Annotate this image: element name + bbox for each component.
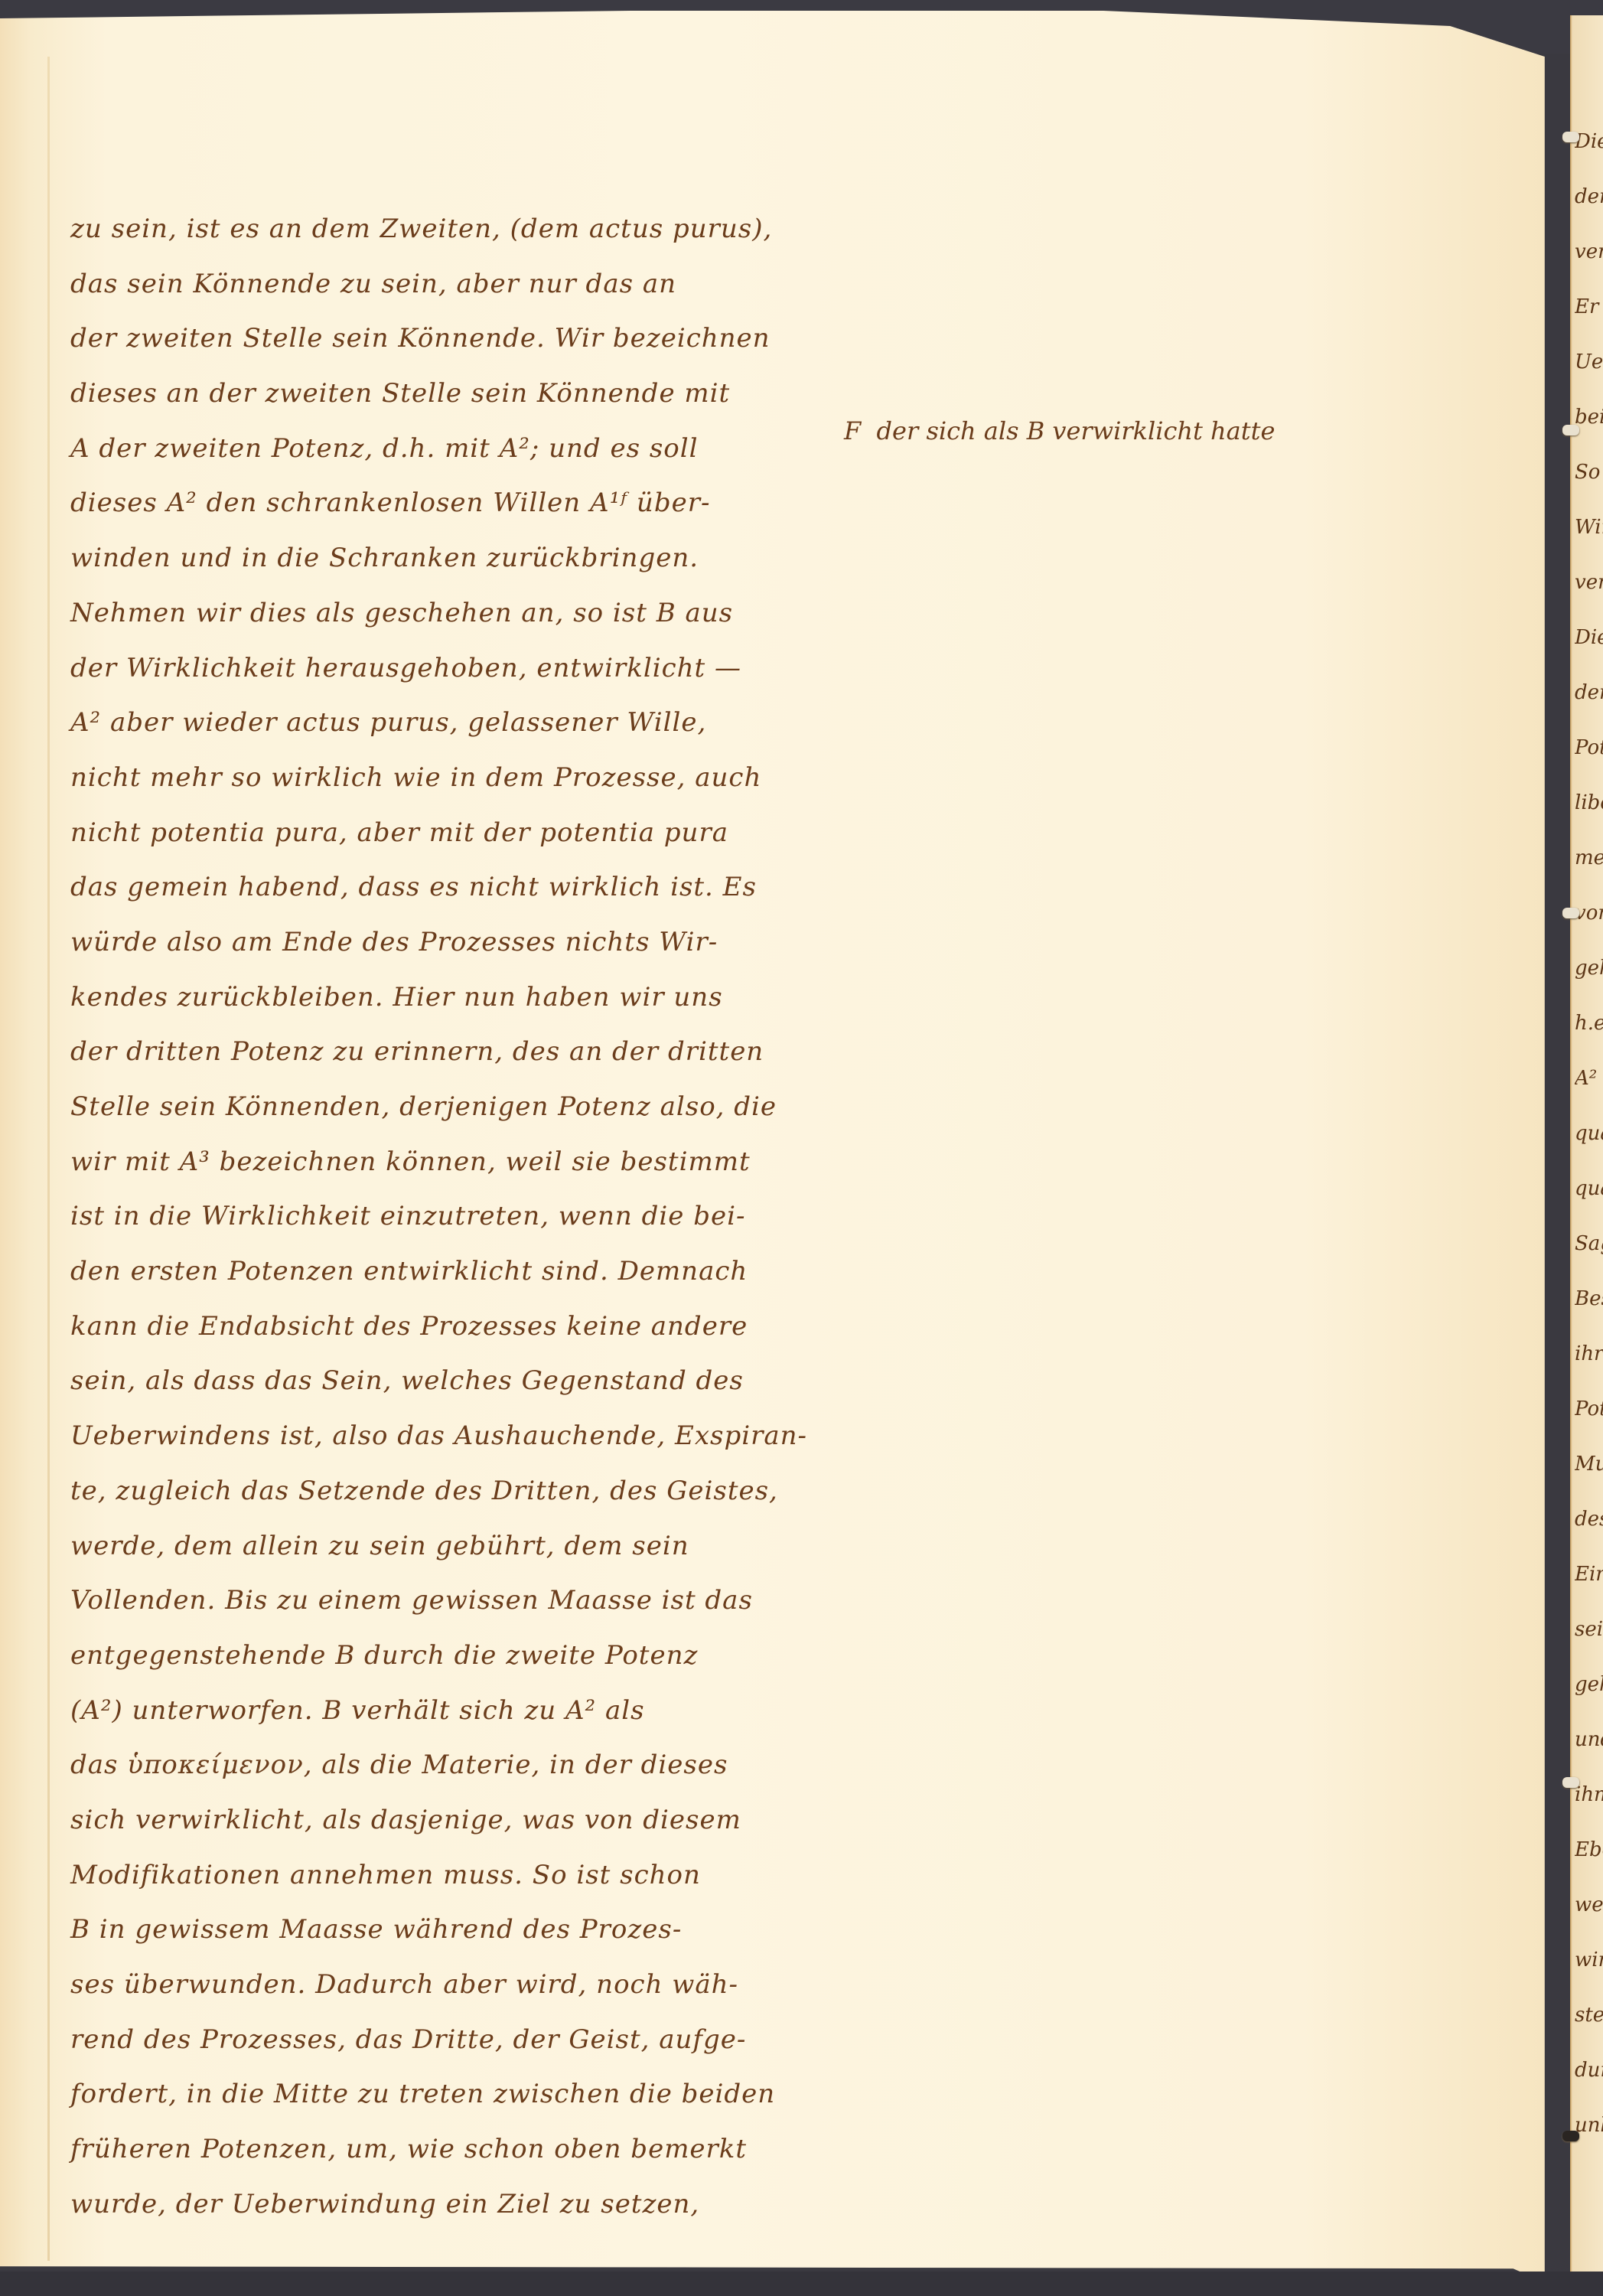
- text-line: der zweiten Stelle sein Könnende. Wir be…: [70, 311, 843, 367]
- text-line: ist in die Wirklichkeit einzutreten, wen…: [70, 1189, 843, 1244]
- binding-stitch: [1562, 1777, 1579, 1788]
- facing-text-fragment: Sagen: [1575, 1232, 1603, 1255]
- text-line: B in gewissem Maasse während des Prozes-: [70, 1903, 843, 1958]
- facing-text-fragment: windung: [1575, 1949, 1603, 1971]
- text-line: der Wirklichkeit herausgehoben, entwirkl…: [70, 641, 843, 696]
- facing-text-fragment: Ueberwi: [1575, 351, 1603, 373]
- facing-text-fragment: Ebenso: [1575, 1838, 1603, 1861]
- text-line: nicht potentia pura, aber mit der potent…: [70, 806, 843, 861]
- text-line: kendes zurückbleiben. Hier nun haben wir…: [70, 970, 843, 1026]
- facing-text-fragment: stehen bl: [1575, 2004, 1603, 2027]
- facing-text-fragment: Einblick: [1575, 1563, 1603, 1586]
- text-line: der dritten Potenz zu erinnern, des an d…: [70, 1025, 843, 1080]
- text-line: würde also am Ende des Prozesses nichts …: [70, 915, 843, 970]
- text-line: zu sein, ist es an dem Zweiten, (dem act…: [70, 202, 843, 257]
- facing-text-fragment: der, s: [1575, 681, 1603, 704]
- facing-text-fragment: Besond: [1575, 1287, 1603, 1310]
- text-line: das gemein habend, dass es nicht wirklic…: [70, 860, 843, 915]
- text-line: Vollenden. Bis zu einem gewissen Maasse …: [70, 1574, 843, 1629]
- facing-text-fragment: dessen: [1575, 1508, 1603, 1531]
- manuscript-page: zu sein, ist es an dem Zweiten, (dem act…: [0, 11, 1576, 2282]
- text-line: nicht mehr so wirklich wie in dem Prozes…: [70, 751, 843, 806]
- facing-text-fragment: Potenz: [1575, 736, 1603, 759]
- text-line: te, zugleich das Setzende des Dritten, d…: [70, 1464, 843, 1519]
- text-line: Ueberwindens ist, also das Aushauchende,…: [70, 1409, 843, 1464]
- facing-text-fragment: gehört,: [1575, 957, 1603, 980]
- main-text-block: zu sein, ist es an dem Zweiten, (dem act…: [70, 202, 843, 2232]
- facing-text-fragment: wenn d: [1575, 1893, 1603, 1916]
- gutter-crease: [47, 57, 50, 2261]
- text-line: früheren Potenzen, um, wie schon oben be…: [70, 2122, 843, 2177]
- text-line: den ersten Potenzen entwirklicht sind. D…: [70, 1244, 843, 1300]
- facing-text-fragment: ihr wa: [1575, 1342, 1603, 1365]
- text-line: Nehmen wir dies als geschehen an, so ist…: [70, 586, 843, 641]
- facing-text-fragment: ihm ein: [1575, 1783, 1603, 1806]
- facing-text-fragment: Potenze: [1575, 1397, 1603, 1420]
- facing-text-fragment: Die d: [1575, 626, 1603, 649]
- facing-text-fragment: den Ge: [1575, 185, 1603, 208]
- binding-stitch: [1562, 425, 1579, 435]
- footnote-marker: F: [844, 416, 861, 445]
- text-line: werde, dem allein zu sein gebührt, dem s…: [70, 1519, 843, 1574]
- facing-text-fragment: Er besch: [1575, 295, 1603, 318]
- marginal-note-text: der sich als B verwirklicht hatte: [877, 416, 1276, 445]
- facing-text-fragment: libera,: [1575, 791, 1603, 814]
- text-line: wir mit A³ bezeichnen können, weil sie b…: [70, 1135, 843, 1190]
- text-line: sich verwirklicht, als dasjenige, was vo…: [70, 1793, 843, 1848]
- text-line: ses überwunden. Dadurch aber wird, noch …: [70, 1958, 843, 2013]
- marginal-note: F der sich als B verwirklicht hatte: [844, 416, 1275, 445]
- text-line: dieses an der zweiten Stelle sein Können…: [70, 367, 843, 422]
- text-line: dieses A² den schrankenlosen Willen A¹ᶠ …: [70, 476, 843, 531]
- binding-hole: [1562, 2131, 1579, 2141]
- facing-text-fragment: So nü: [1575, 461, 1603, 484]
- text-line: sein, als dass das Sein, welches Gegenst…: [70, 1354, 843, 1409]
- text-line: entgegenstehende B durch die zweite Pote…: [70, 1629, 843, 1684]
- binding-stitch: [1562, 908, 1579, 918]
- facing-text-fragment: h.e.: [1575, 1012, 1603, 1035]
- text-line: A der zweiten Potenz, d.h. mit A²; und e…: [70, 422, 843, 477]
- text-line: Modifikationen annehmen muss. So ist sch…: [70, 1848, 843, 1903]
- facing-text-fragment: beiden: [1575, 406, 1603, 429]
- facing-text-fragment: gehorch: [1575, 1673, 1603, 1696]
- facing-text-fragment: Muster: [1575, 1453, 1603, 1476]
- facing-text-fragment: Die gan: [1575, 130, 1603, 153]
- facing-text-fragment: sein Vol: [1575, 1618, 1603, 1641]
- facing-text-fragment: quam: [1575, 1177, 1603, 1200]
- text-line: A² aber wieder actus purus, gelassener W…: [70, 696, 843, 751]
- facing-text-fragment: vernun: [1575, 240, 1603, 263]
- text-line: winden und in die Schranken zurückbringe…: [70, 531, 843, 586]
- text-line: (A²) unterworfen. B verhält sich zu A² a…: [70, 1684, 843, 1739]
- facing-text-fragment: verschi: [1575, 571, 1603, 594]
- facing-text-fragment: mensch: [1575, 846, 1603, 869]
- facing-text-fragment: durch ihr: [1575, 2059, 1603, 2082]
- facing-page-edge: Die gan den Ge vernun Er besch Ueberwi b…: [1570, 15, 1603, 2281]
- text-line: kann die Endabsicht des Prozesses keine …: [70, 1300, 843, 1355]
- text-line: wurde, der Ueberwindung ein Ziel zu setz…: [70, 2177, 843, 2232]
- text-line: rend des Prozesses, das Dritte, der Geis…: [70, 2013, 843, 2068]
- facing-text-fragment: A² d: [1575, 1067, 1603, 1090]
- facing-text-fragment: und Tu: [1575, 1728, 1603, 1751]
- background-bottom: [0, 2272, 1603, 2296]
- facing-text-fragment: Wirkli: [1575, 516, 1603, 539]
- text-line: Stelle sein Könnenden, derjenigen Potenz…: [70, 1080, 843, 1135]
- binding-stitch: [1562, 132, 1579, 142]
- facing-text-fragment: quam: [1575, 1122, 1603, 1145]
- text-line: das ὑποκείμενον, als die Materie, in der…: [70, 1738, 843, 1793]
- text-line: fordert, in die Mitte zu treten zwischen…: [70, 2067, 843, 2122]
- text-line: das sein Könnende zu sein, aber nur das …: [70, 257, 843, 312]
